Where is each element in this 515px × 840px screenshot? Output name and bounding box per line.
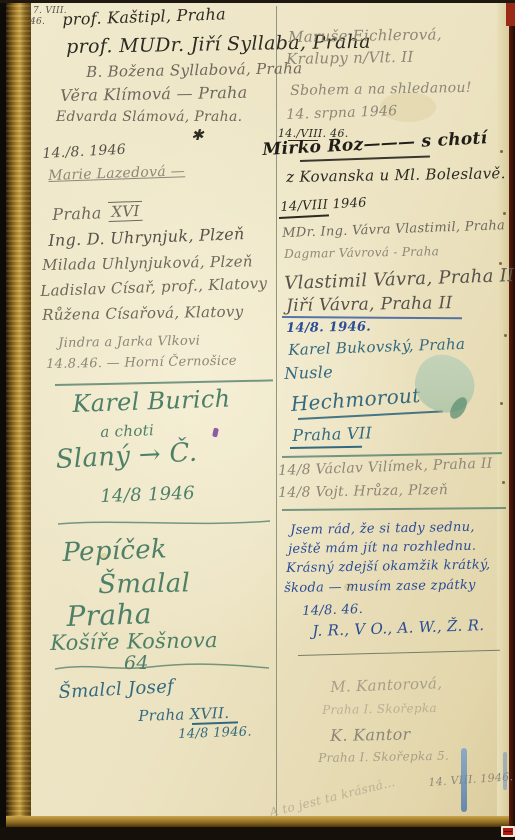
foxing-speck xyxy=(502,481,505,484)
entry-signature: Dagmar Vávrová - Praha xyxy=(284,244,439,261)
blue-ink-streak xyxy=(461,748,467,812)
entry-district: Nusle xyxy=(284,362,333,383)
foxing-speck xyxy=(500,402,503,405)
blue-ink-streak xyxy=(503,752,507,790)
foxing-speck xyxy=(504,334,507,337)
asterisk-mark: ✱ xyxy=(191,126,204,144)
entry-district-number: XVI xyxy=(108,201,143,222)
entry-signature: Milada Uhlynjuková, Plzeň xyxy=(42,252,253,274)
entry-signature: Pepíček xyxy=(62,534,167,568)
entry-date: 14/8. 1946. xyxy=(286,320,371,336)
entry-signature: Růžena Císařová, Klatovy xyxy=(42,302,244,324)
entry-signature: B. Božena Syllabová, Praha xyxy=(86,59,303,81)
entry-date: 14/8 1946. xyxy=(178,724,252,742)
entry-city: Kralupy n/Vlt. II xyxy=(286,48,414,68)
book-gilt-edge-left xyxy=(6,0,31,840)
entry-date: 14/8. 46. xyxy=(302,602,363,619)
foxing-speck xyxy=(503,212,506,215)
entry-signature: Jiří Vávra, Praha II xyxy=(286,293,453,316)
entry-signature: Šmalal xyxy=(98,568,190,600)
foxing-speck xyxy=(500,150,503,153)
entry-date: 14/8 1946 xyxy=(100,483,195,507)
watermark-inner xyxy=(503,828,513,835)
entry-signature: Jindra a Jarka Vlkovi xyxy=(58,334,200,351)
entry-date-corner: 46. xyxy=(30,17,45,27)
entry-address: Praha I. Skořepka xyxy=(322,701,437,717)
entry-note: a choti xyxy=(100,421,154,441)
entry-city: Praha xyxy=(66,597,152,633)
book-gilt-edge-bottom xyxy=(6,816,509,827)
entry-signature: Edvarda Slámová, Praha. xyxy=(56,109,242,125)
entry-city: Praha VII xyxy=(292,423,372,445)
entry-address: Praha I. Skořepka 5. xyxy=(318,749,449,765)
entry-address: Košíře Košnova xyxy=(50,628,218,655)
entry-signature: Věra Klímová — Praha xyxy=(60,83,248,105)
entry-signature: K. Kantor xyxy=(330,725,411,745)
entry-date-corner: 17. VIII. xyxy=(27,6,67,16)
adjacent-page-strip xyxy=(497,0,509,828)
scanner-watermark-logo xyxy=(501,826,515,837)
scan-right-edge-red xyxy=(506,0,515,26)
poem-line: Jsem rád, že si tady sednu, xyxy=(290,520,475,538)
guestbook-scan: 17. VIII. 46. prof. Kaštipl, Praha prof.… xyxy=(0,0,515,840)
scan-right-edge xyxy=(509,0,515,840)
entry-city: z Kovanska u Ml. Boleslavě. xyxy=(286,164,506,186)
column-divider-line xyxy=(276,6,277,816)
entry-signature: Maruše Eichlerová, xyxy=(288,25,442,46)
ink-rule-line-wavy xyxy=(55,660,271,674)
scan-bottom-border xyxy=(0,827,515,840)
entry-note: Sbohem a na shledanou! xyxy=(290,80,472,99)
entry-signature: 14/8 Vojt. Hrůza, Plzeň xyxy=(278,482,448,501)
entry-city: Praha xyxy=(52,203,102,224)
entry-signature: Karel Burich xyxy=(72,384,231,417)
scan-top-border xyxy=(0,0,515,3)
ink-rule-line xyxy=(58,516,272,528)
